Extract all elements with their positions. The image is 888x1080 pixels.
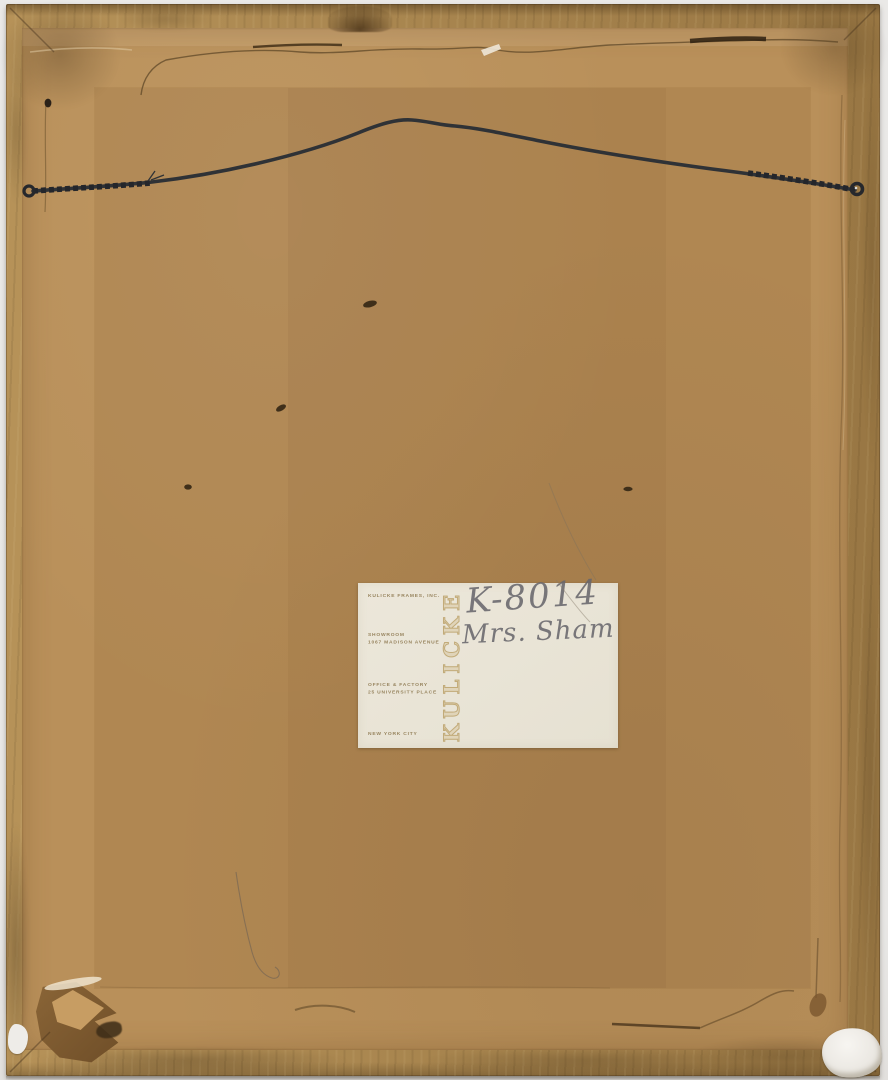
- framer-label-card: KULICKE FRAMES, INC. SHOWROOM 1067 MADIS…: [358, 583, 618, 748]
- label-office-street: 25 UNIVERSITY PLACE: [368, 690, 437, 695]
- photo-frame-verso: KULICKE FRAMES, INC. SHOWROOM 1067 MADIS…: [0, 0, 888, 1080]
- grime-right-upper: [862, 50, 882, 470]
- wood-knot-top-edge: [328, 6, 392, 32]
- label-city: NEW YORK CITY: [368, 730, 418, 738]
- frame-drop-shadow: [6, 1076, 880, 1080]
- grime-left-upper: [4, 56, 28, 206]
- label-office-title: OFFICE & FACTORY: [368, 682, 428, 687]
- grime-right-lower: [858, 500, 882, 1060]
- handwritten-client-name: Mrs. Sham: [461, 614, 615, 651]
- label-office-address: OFFICE & FACTORY 25 UNIVERSITY PLACE: [368, 681, 437, 697]
- label-showroom-title: SHOWROOM: [368, 632, 405, 637]
- inner-board-center-panel: [288, 88, 666, 988]
- grime-top-edge: [120, 6, 210, 32]
- label-brand-text: KULICKE: [440, 589, 465, 742]
